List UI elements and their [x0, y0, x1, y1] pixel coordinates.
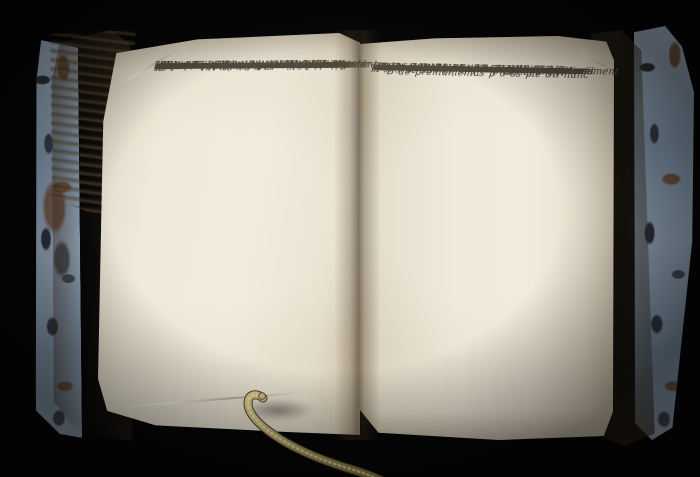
right-page	[358, 36, 614, 440]
left-page-text: p liberum arbitrium morali St bealitu-di…	[156, 58, 358, 59]
serpent-bookmark-icon	[236, 386, 412, 477]
book-gutter	[334, 30, 380, 440]
photograph-of-open-manuscript-book: p liberum arbitrium morali St bealitu-di…	[0, 0, 700, 477]
manuscript-line: tibus aliis p liberum, p dono liberam	[158, 58, 351, 73]
left-page	[98, 33, 360, 435]
